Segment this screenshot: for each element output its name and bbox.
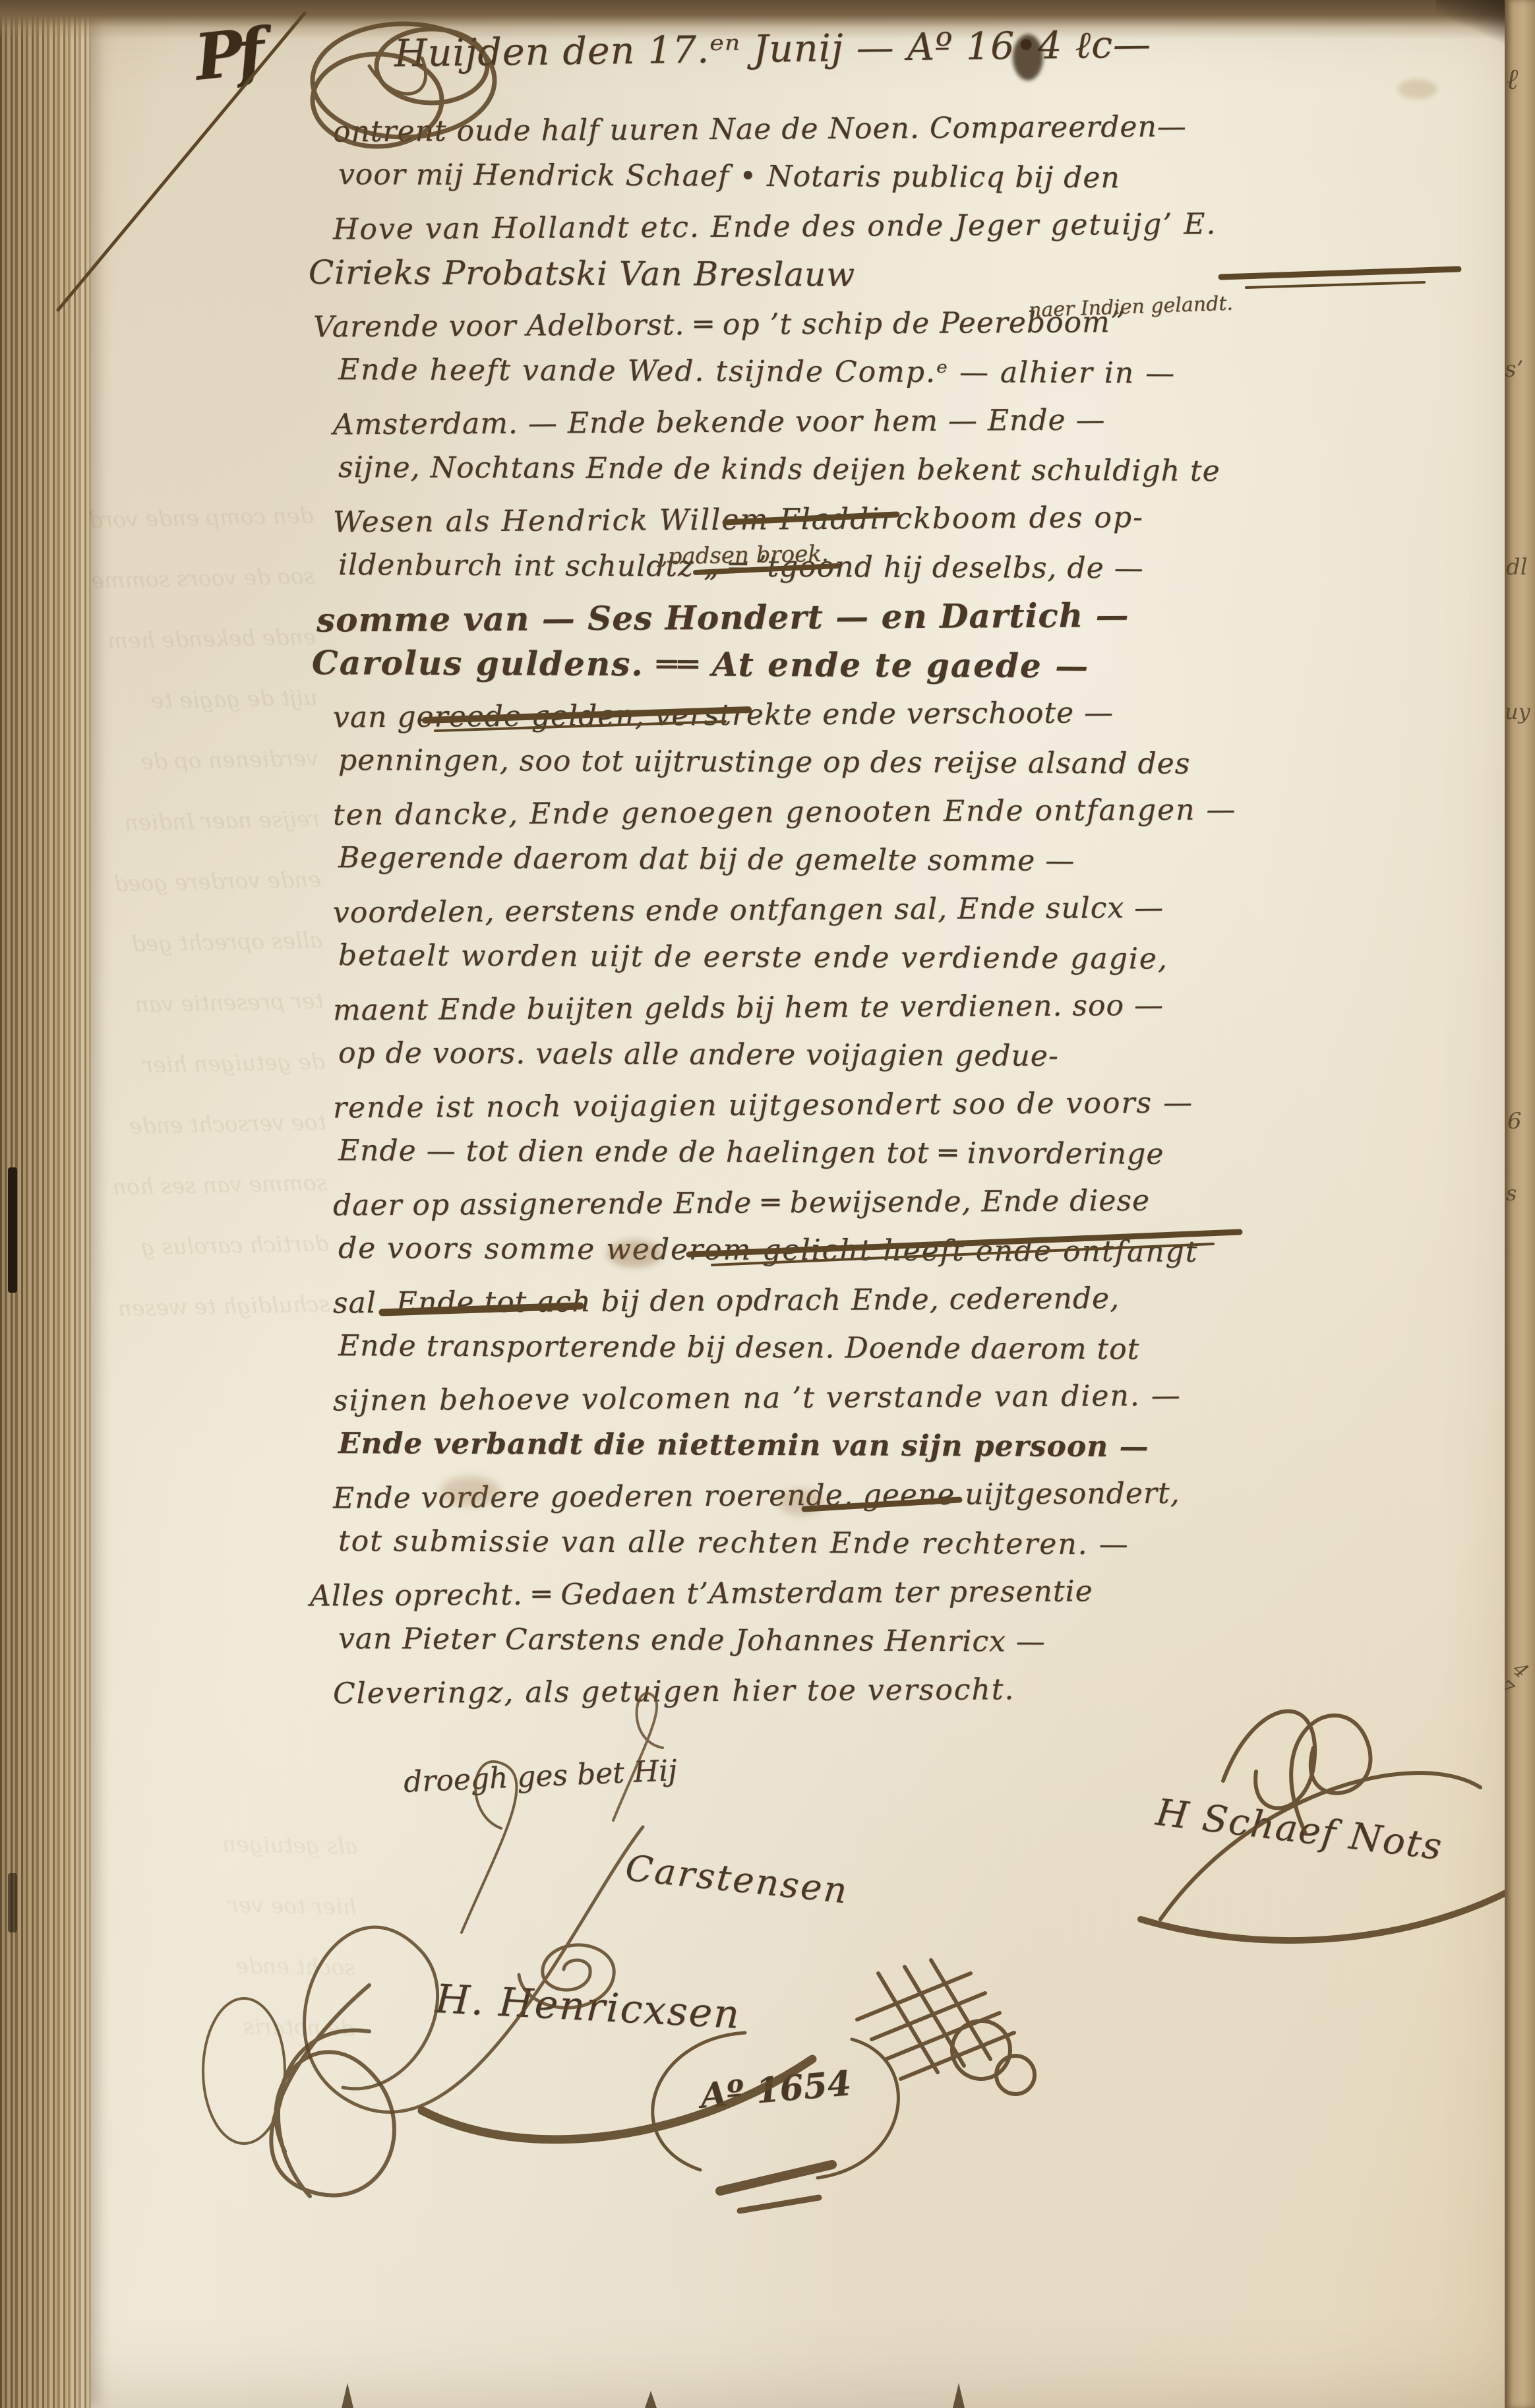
- bleedthrough-line: soo de voors somme: [30, 546, 315, 613]
- bleedthrough-line: somme van ses hon: [44, 1152, 328, 1219]
- manuscript-line: Alles oprecht. ═ Gedaen t’Amsterdam ter …: [310, 1564, 1520, 1621]
- bleedthrough-line: reijse naer Indien: [36, 789, 320, 855]
- bottom-edge-ink-tip: [953, 2383, 965, 2408]
- manuscript-line: Ende transporterende bij desen. Doende d…: [338, 1322, 1525, 1376]
- bleedthrough-line: de notaris: [77, 1993, 355, 2058]
- manuscript-line: Cleveringz, als getuigen hier toe versoc…: [333, 1663, 1520, 1719]
- manuscript-line: maent Ende buijten gelds bij hem te verd…: [333, 979, 1520, 1035]
- ink-bleedthrough-lower: als getuigenhier toe versocht endede not…: [77, 1811, 358, 2058]
- deed-body-text: ontrent oude half uuren Nae de Noen. Com…: [333, 104, 1520, 1715]
- fore-edge-ink-fragment: 4 7: [1505, 1657, 1535, 1712]
- fore-edge-ink-fragment: ℓ: [1506, 63, 1518, 96]
- manuscript-line: Wesen als Hendrick Willem Fladdirckboom …: [333, 491, 1520, 547]
- fore-edge-ink-fragment: s’: [1505, 356, 1523, 383]
- bleedthrough-line: socht ende: [78, 1932, 356, 1998]
- manuscript-line: betaelt worden uijt de eerste ende verdi…: [338, 931, 1525, 985]
- bleedthrough-line: als getuigen: [80, 1811, 359, 1876]
- fore-edge-ink-fragment: s: [1506, 1181, 1517, 1206]
- manuscript-line: van Pieter Carstens ende Johannes Henric…: [338, 1615, 1525, 1669]
- manuscript-line: voordelen, eerstens ende ontfangen sal, …: [333, 882, 1520, 938]
- manuscript-line: Varende voor Adelborst. ═ op ’t schip de…: [313, 295, 1520, 352]
- manuscript-line: ten dancke, Ende genoegen genooten Ende …: [333, 784, 1520, 840]
- manuscript-line: somme van — Ses Hondert — en Dartich —: [316, 588, 1520, 644]
- fore-edge-ink-fragment: uy: [1505, 699, 1530, 724]
- bleedthrough-line: alles oprecht ged: [38, 910, 323, 976]
- bleedthrough-line: dartich carolus g: [45, 1213, 330, 1280]
- bleedthrough-line: schuldigh te wesen: [46, 1274, 331, 1340]
- next-page-fore-edge: ℓ s’ dl uy 6 s 4 7: [1505, 0, 1535, 2408]
- manuscript-line: Ende verbandt die niettemin van sijn per…: [338, 1419, 1525, 1473]
- bleedthrough-line: ter presentie van: [40, 970, 324, 1037]
- bleedthrough-line: ende vordere goed: [37, 849, 322, 916]
- manuscript-line: Carolus guldens. ══ At ende te gaede —: [312, 638, 1525, 693]
- manuscript-line: Hove van Hollandt etc. Ende des onde Jeg…: [333, 199, 1520, 255]
- manuscript-line: op de voors. vaels alle andere voijagien…: [338, 1029, 1525, 1083]
- manuscript-line: ildenburch int schuldtz „ ═ ’tgoond hij …: [338, 541, 1525, 595]
- registration-paraph: Pf: [191, 14, 263, 95]
- bleedthrough-line: ende bekende hem: [32, 607, 316, 673]
- binding-dark-sliver: [8, 1873, 17, 1932]
- manuscript-line: Begerende daerom dat bij de gemelte somm…: [338, 834, 1525, 888]
- fore-edge-ink-fragment: dl: [1506, 554, 1528, 580]
- manuscript-line: Amsterdam. — Ende bekende voor hem — End…: [333, 394, 1520, 450]
- manuscript-line: penningen, soo tot uijtrustinge op des r…: [338, 736, 1525, 790]
- bleedthrough-line: de getuigen hier: [41, 1031, 326, 1097]
- manuscript-line: Ende vordere goederen roerende, geene ui…: [333, 1467, 1520, 1524]
- manuscript-line: tot submissie van alle rechten Ende rech…: [338, 1517, 1525, 1571]
- manuscript-line: voor mij Hendrick Schaef • Notaris publi…: [338, 150, 1525, 204]
- bottom-edge-ink-tip: [645, 2391, 657, 2408]
- manuscript-line: sijnen behoeve volcomen na ’t verstande …: [333, 1370, 1520, 1426]
- bleedthrough-line: uijt de gagie te: [33, 667, 318, 734]
- manuscript-line: van gereede gelden, verstrekte ende vers…: [333, 687, 1520, 743]
- manuscript-line: Cirieks Probatski Van Breslauw: [309, 248, 1525, 302]
- bleedthrough-line: toe versocht ende: [42, 1092, 327, 1158]
- manuscript-scan: den comp ende vordsoo de voors sommeende…: [0, 0, 1535, 2408]
- manuscript-line: Ende heeft vande Wed. tsijnde Comp.ᵉ — a…: [338, 346, 1525, 400]
- manuscript-line: Ende — tot dien ende de haelingen tot ═ …: [338, 1127, 1525, 1181]
- fore-edge-ink-fragment: 6: [1507, 1108, 1522, 1134]
- bleedthrough-line: den comp ende vord: [30, 485, 315, 552]
- bleedthrough-line: verdienen op de: [34, 728, 319, 795]
- bleedthrough-line: hier toe ver: [79, 1872, 357, 1937]
- manuscript-line: daer op assignerende Ende ═ bewijsende, …: [333, 1175, 1520, 1231]
- manuscript-line: rende ist noch voijagien uijtgesondert s…: [333, 1077, 1520, 1133]
- bottom-edge-ink-tip: [342, 2383, 353, 2408]
- manuscript-line: sal. Ende tot ach bij den opdrach Ende, …: [333, 1272, 1520, 1328]
- binding-dark-sliver: [8, 1167, 17, 1293]
- manuscript-line: de voors somme wederom gelicht heeft end…: [338, 1224, 1525, 1278]
- manuscript-line: sijne, Nochtans Ende de kinds deijen bek…: [338, 443, 1525, 497]
- manuscript-line: ontrent oude half uuren Nae de Noen. Com…: [333, 101, 1520, 157]
- ink-bleedthrough: den comp ende vordsoo de voors sommeende…: [30, 485, 331, 1341]
- interlinear-note-brook: „padsen broek.: [656, 541, 829, 571]
